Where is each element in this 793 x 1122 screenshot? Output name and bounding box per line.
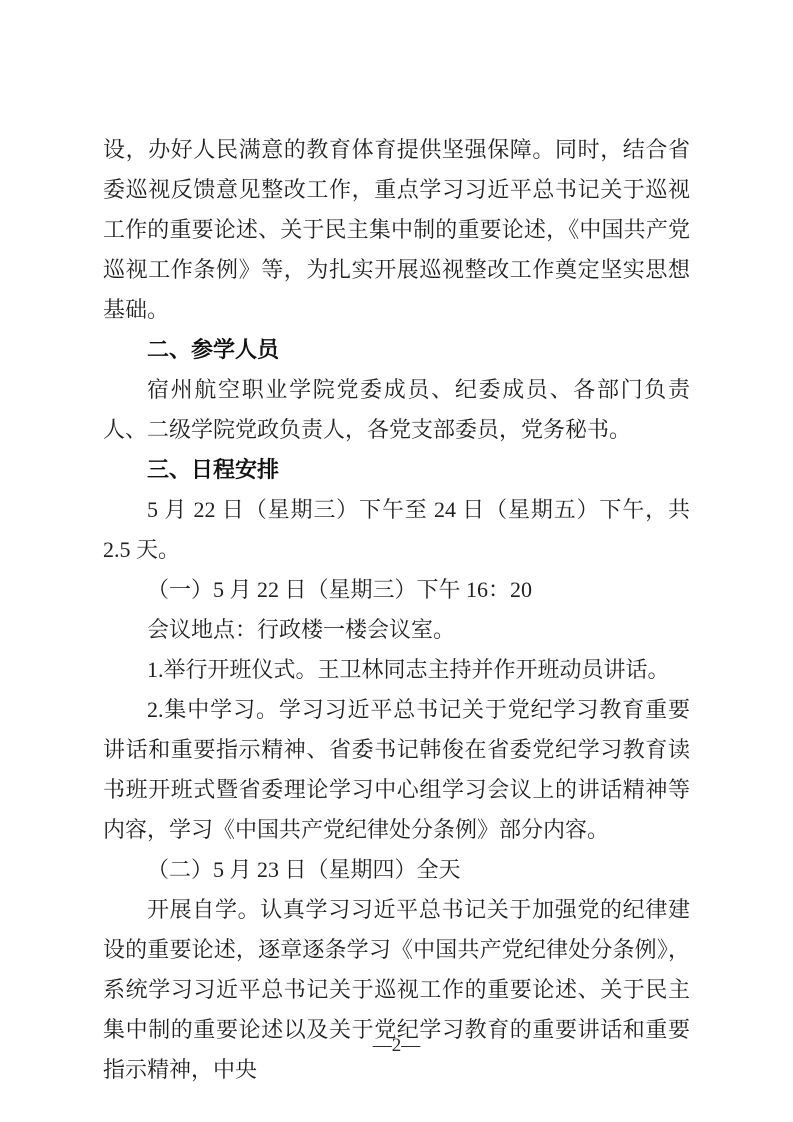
- paragraph: 宿州航空职业学院党委成员、纪委成员、各部门负责人、二级学院党政负责人，各党支部委…: [103, 370, 690, 450]
- paragraph: 1.举行开班仪式。王卫林同志主持并作开班动员讲话。: [103, 650, 690, 690]
- paragraph: 2.集中学习。学习习近平总书记关于党纪学习教育重要讲话和重要指示精神、省委书记韩…: [103, 690, 690, 850]
- paragraph: （一）5 月 22 日（星期三）下午 16：20: [103, 570, 690, 610]
- section-heading: 二、参学人员: [103, 330, 690, 370]
- document-page: 设，办好人民满意的教育体育提供坚强保障。同时，结合省委巡视反馈意见整改工作，重点…: [0, 0, 793, 1122]
- paragraph: 开展自学。认真学习习近平总书记关于加强党的纪律建设的重要论述，逐章逐条学习《中国…: [103, 890, 690, 1090]
- document-body: 设，办好人民满意的教育体育提供坚强保障。同时，结合省委巡视反馈意见整改工作，重点…: [103, 130, 690, 1090]
- paragraph: （二）5 月 23 日（星期四）全天: [103, 850, 690, 890]
- page-footer: —2—: [0, 1032, 793, 1060]
- section-heading: 三、日程安排: [103, 450, 690, 490]
- page-number: —2—: [373, 1035, 421, 1056]
- paragraph: 会议地点：行政楼一楼会议室。: [103, 610, 690, 650]
- paragraph: 设，办好人民满意的教育体育提供坚强保障。同时，结合省委巡视反馈意见整改工作，重点…: [103, 130, 690, 330]
- paragraph: 5 月 22 日（星期三）下午至 24 日（星期五）下午，共 2.5 天。: [103, 490, 690, 570]
